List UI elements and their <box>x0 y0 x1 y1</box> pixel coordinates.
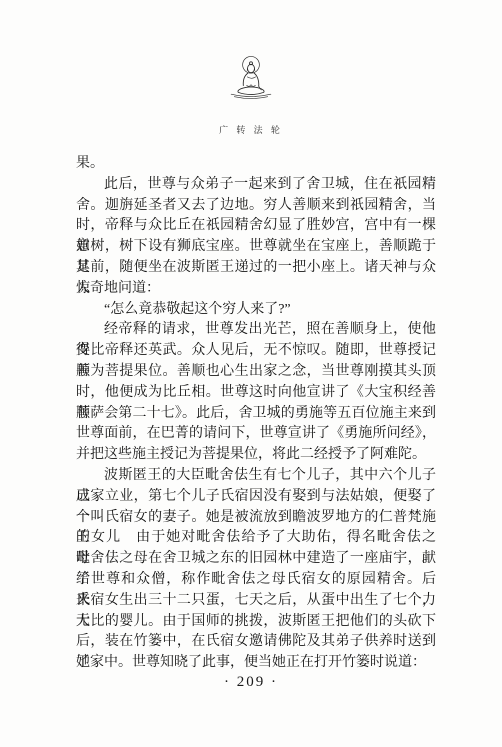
text-line: 无比的婴儿。由于国师的挑拨，波斯匿王把他们的头砍下 <box>76 612 436 633</box>
text-line: 经帝释的请求，世尊发出光芒，照在善顺身上，使他变 <box>76 320 436 341</box>
chapter-title: 广 转 法 轮 <box>0 123 502 136</box>
text-line: 时，帝释与众比丘在祇园精舍幻显了胜妙宫，宫中有一棵如 <box>76 216 436 237</box>
text-line: 她家中。世尊知晓了此事，便当她正在打开竹篓时说道： <box>76 653 436 674</box>
seated-buddha-icon <box>220 50 282 118</box>
text-line: 惊奇地问道： <box>76 279 436 300</box>
text-line: 足前，随便坐在波斯匿王递过的一把小座上。诸天神与众人 <box>76 258 436 279</box>
text-line: 菩萨会第二十七》。此后，舍卫城的勇施等五百位施主来到 <box>76 404 436 425</box>
text-line: 成家立业，第七个儿子氏宿因没有娶到与法姑娘，便娶了一 <box>76 487 436 508</box>
text-line: 毗舍佉之母在舍卫城之东的旧园林中建造了一座庙宇，献给 <box>76 549 436 570</box>
text-line: 时，他便成为比丘相。世尊这时向他宣讲了《大宝积经善顺 <box>76 383 436 404</box>
text-line: 了世尊和众僧，称作毗舍佉之母氏宿女的原园精舍。后来， <box>76 570 436 591</box>
text-line: 个叫氏宿女的妻子。她是被流放到瞻波罗地方的仁普梵施王 <box>76 508 436 529</box>
book-page: 广 转 法 轮 果。 此后，世尊与众弟子一起来到了舍卫城，住在祇园精 舍。迦旃延… <box>0 0 502 747</box>
text-line: 果。 <box>76 154 436 175</box>
buddha-illustration <box>0 50 502 118</box>
text-line: 世尊面前，在巴菁的请问下，世尊宣讲了《勇施所问经》， <box>76 424 436 445</box>
text-line: 并把这些施主授记为菩提果位，将此二经授予了阿难陀。 <box>76 445 436 466</box>
text-line: 顺为菩提果位。善顺也心生出家之念，当世尊刚摸其头顶 <box>76 362 436 383</box>
page-number: · 209 · <box>0 674 502 691</box>
text-line: 意树，树下设有狮底宝座。世尊就坐在宝座上，善顺跪于其 <box>76 237 436 258</box>
text-line: 得比帝释还英武。众人见后，无不惊叹。随即，世尊授记善 <box>76 341 436 362</box>
body-text-block: 果。 此后，世尊与众弟子一起来到了舍卫城，住在祇园精 舍。迦旃延圣者又去了边地。… <box>76 154 436 674</box>
text-line: 此后，世尊与众弟子一起来到了舍卫城，住在祇园精 <box>76 175 436 196</box>
text-line: 的女儿 由于她对毗舍佉给予了大助佑，得名毗舍佉之母。 <box>76 528 436 549</box>
text-line: 氏宿女生出三十二只蛋，七天之后，从蛋中出生了七个力大 <box>76 591 436 612</box>
text-line: “怎么竟恭敬起这个穷人来了?” <box>76 300 436 321</box>
text-line: 舍。迦旃延圣者又去了边地。穷人善顺来到祇园精舍，当 <box>76 196 436 217</box>
text-line: 后，装在竹篓中，在氏宿女邀请佛陀及其弟子供养时送到了 <box>76 632 436 653</box>
text-line: 波斯匿王的大臣毗舍佉生有七个儿子，其中六个儿子已 <box>76 466 436 487</box>
